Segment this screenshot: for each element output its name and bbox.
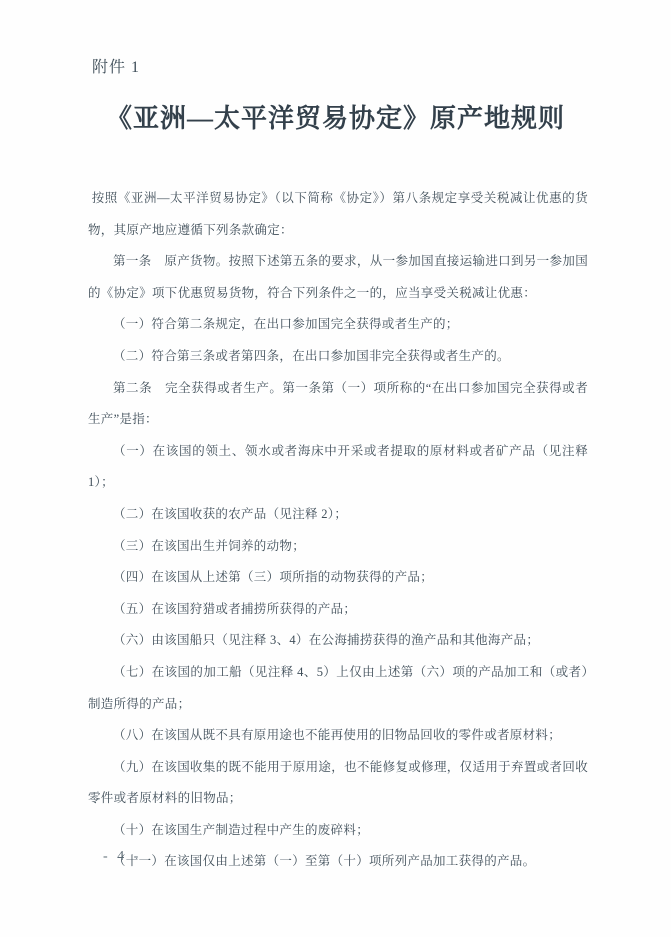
- paragraph: （三）在该国出生并饲养的动物；: [88, 531, 588, 563]
- paragraph: （一）在该国的领土、领水或者海床中开采或者提取的原材料或者矿产品（见注释 1）；: [88, 436, 588, 499]
- paragraph: （九）在该国收集的既不能用于原用途，也不能修复或修理，仅适用于弃置或者回收零件或…: [88, 752, 588, 815]
- paragraph: （十）在该国生产制造过程中产生的废碎料；: [88, 815, 588, 847]
- paragraph: （八）在该国从既不具有原用途也不能再使用的旧物品回收的零件或者原材料；: [88, 720, 588, 752]
- paragraph: （二）符合第三条或者第四条，在出口参加国非完全获得或者生产的。: [88, 341, 588, 373]
- paragraph: （十一）在该国仅由上述第（一）至第（十）项所列产品加工获得的产品。: [88, 846, 588, 878]
- paragraph: 第一条 原产货物。按照下述第五条的要求，从一参加国直接运输进口到另一参加国的《协…: [88, 246, 588, 309]
- paragraph: （七）在该国的加工船（见注释 4、5）上仅由上述第（六）项的产品加工和（或者）制…: [88, 657, 588, 720]
- paragraph: （二）在该国收获的农产品（见注释 2）；: [88, 499, 588, 531]
- attachment-label: 附件 1: [92, 54, 140, 77]
- paragraph: （六）由该国船只（见注释 3、4）在公海捕捞获得的渔产品和其他海产品；: [88, 625, 588, 657]
- paragraph: （五）在该国狩猎或者捕捞所获得的产品；: [88, 594, 588, 626]
- paragraph: 第二条 完全获得或者生产。第一条第（一）项所称的“在出口参加国完全获得或者生产”…: [88, 373, 588, 436]
- document-page: 附件 1 《亚洲—太平洋贸易协定》原产地规则 按照《亚洲—太平洋贸易协定》（以下…: [0, 0, 671, 937]
- paragraph: 按照《亚洲—太平洋贸易协定》（以下简称《协定》）第八条规定享受关税减让优惠的货物…: [88, 183, 588, 246]
- paragraph: （四）在该国从上述第（三）项所指的动物获得的产品；: [88, 562, 588, 594]
- page-number: - 4 -: [103, 849, 141, 865]
- document-body: 按照《亚洲—太平洋贸易协定》（以下简称《协定》）第八条规定享受关税减让优惠的货物…: [88, 183, 588, 878]
- page-title: 《亚洲—太平洋贸易协定》原产地规则: [0, 98, 671, 135]
- paragraph: （一）符合第二条规定，在出口参加国完全获得或者生产的；: [88, 309, 588, 341]
